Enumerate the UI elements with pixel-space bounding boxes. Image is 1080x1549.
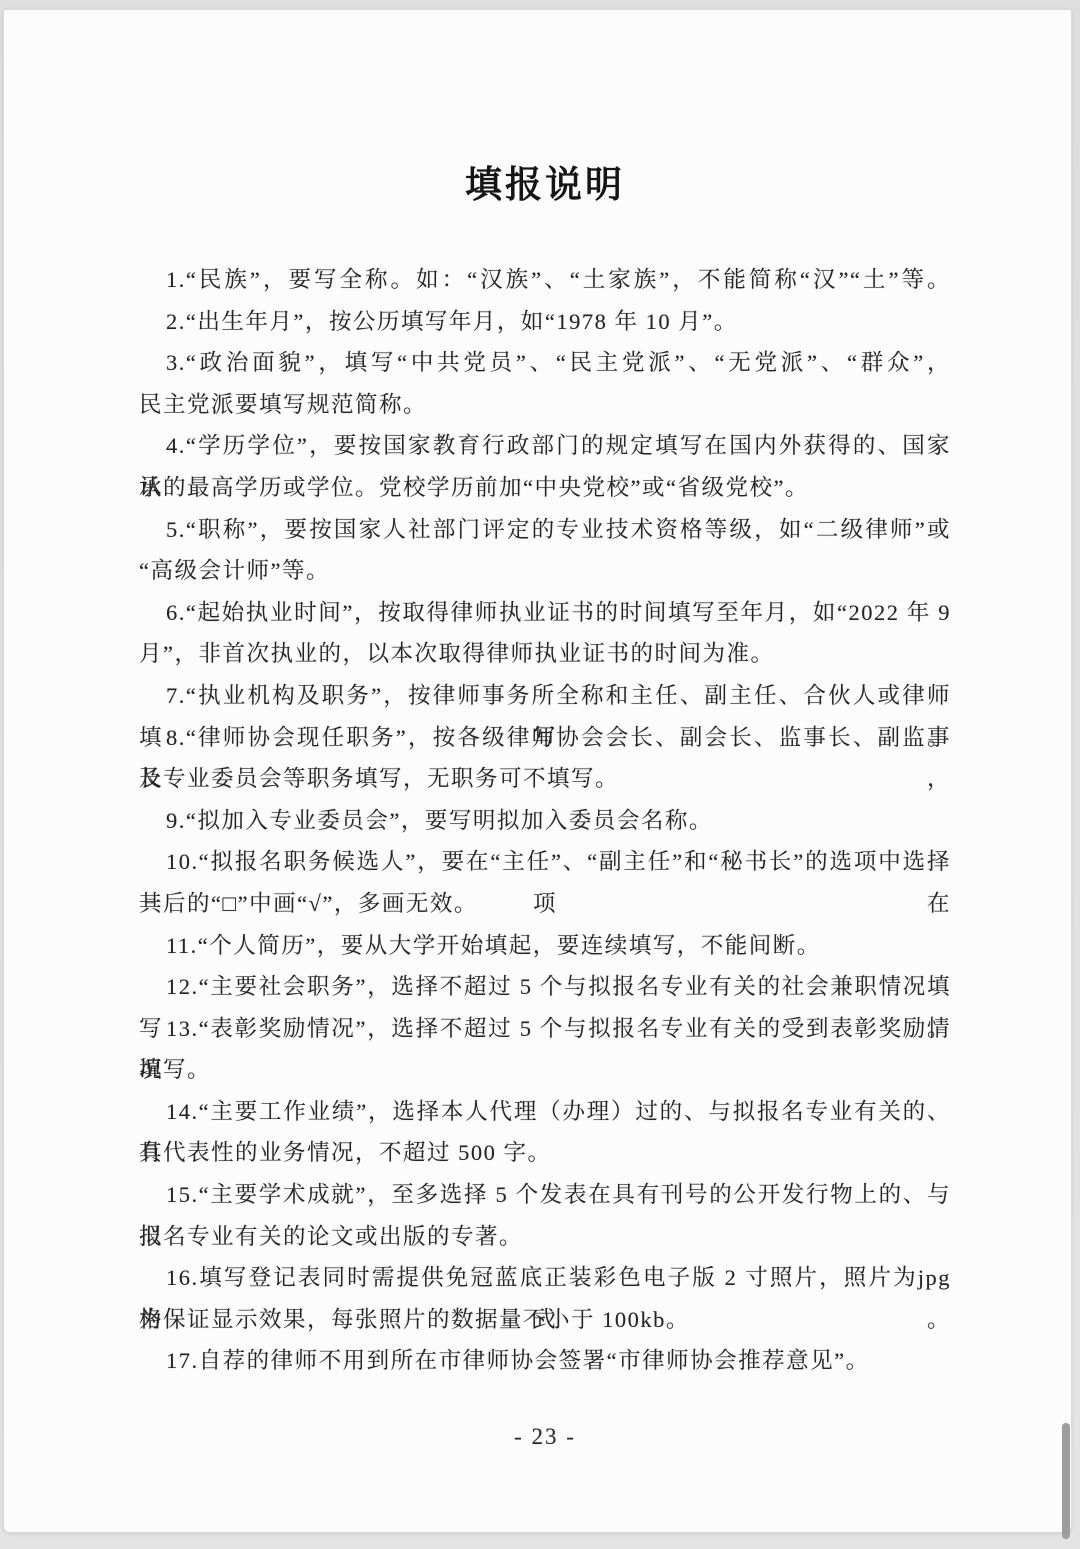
document-body: 1.“民族”，要写全称。如：“汉族”、“土家族”，不能简称“汉”“土”等。2.“… [139, 259, 951, 1382]
document-text-line: 14.“主要工作业绩”，选择本人代理（办理）过的、与拟报名专业有关的、具 [139, 1091, 951, 1133]
document-text-line: 民主党派要填写规范简称。 [139, 384, 951, 426]
document-text-line: 9.“拟加入专业委员会”，要写明拟加入委员会名称。 [139, 800, 951, 842]
document-text-line: 5.“职称”，要按国家人社部门评定的专业技术资格等级，如“二级律师”或 [139, 509, 951, 551]
document-text-line: 4.“学历学位”，要按国家教育行政部门的规定填写在国内外获得的、国家承 [139, 425, 951, 467]
vertical-scrollbar-thumb[interactable] [1062, 1423, 1070, 1539]
document-text-line: 月”，非首次执业的，以本次取得律师执业证书的时间为准。 [139, 633, 951, 675]
document-text-line: 填写。 [139, 1049, 951, 1091]
document-text-line: 16.填写登记表同时需提供免冠蓝底正装彩色电子版 2 寸照片，照片为jpg格式。 [139, 1257, 951, 1299]
document-text-line: 12.“主要社会职务”，选择不超过 5 个与拟报名专业有关的社会兼职情况填写。 [139, 966, 951, 1008]
document-text-line: 10.“拟报名职务候选人”，要在“主任”、“副主任”和“秘书长”的选项中选择一项… [139, 841, 951, 883]
document-page: 填报说明 1.“民族”，要写全称。如：“汉族”、“土家族”，不能简称“汉”“土”… [3, 9, 1072, 1533]
document-text-line: “高级会计师”等。 [139, 550, 951, 592]
document-text-line: 11.“个人简历”，要从大学开始填起，要连续填写，不能间断。 [139, 925, 951, 967]
document-text-line: 7.“执业机构及职务”，按律师事务所全称和主任、副主任、合伙人或律师填写。 [139, 675, 951, 717]
document-text-line: 报名专业有关的论文或出版的专著。 [139, 1216, 951, 1258]
document-text-line: 3.“政治面貌”，填写“中共党员”、“民主党派”、“无党派”、“群众”， [139, 342, 951, 384]
document-text-line: 13.“表彰奖励情况”，选择不超过 5 个与拟报名专业有关的受到表彰奖励情况 [139, 1008, 951, 1050]
document-text-line: 1.“民族”，要写全称。如：“汉族”、“土家族”，不能简称“汉”“土”等。 [139, 259, 951, 301]
page-number: - 23 - [139, 1422, 951, 1452]
document-text-line: 有代表性的业务情况，不超过 500 字。 [139, 1132, 951, 1174]
document-text-line: 6.“起始执业时间”，按取得律师执业证书的时间填写至年月，如“2022 年 9 [139, 592, 951, 634]
document-viewer: 填报说明 1.“民族”，要写全称。如：“汉族”、“土家族”，不能简称“汉”“土”… [0, 0, 1080, 1549]
document-text-line: 15.“主要学术成就”，至多选择 5 个发表在具有刊号的公开发行物上的、与拟 [139, 1174, 951, 1216]
document-text-line: 17.自荐的律师不用到所在市律师协会签署“市律师协会推荐意见”。 [139, 1340, 951, 1382]
document-text-line: 8.“律师协会现任职务”，按各级律师协会会长、副会长、监事长、副监事长， [139, 717, 951, 759]
document-text-line: 2.“出生年月”，按公历填写年月，如“1978 年 10 月”。 [139, 301, 951, 343]
document-title: 填报说明 [139, 162, 951, 208]
document-text-line: 认的最高学历或学位。党校学历前加“中央党校”或“省级党校”。 [139, 467, 951, 509]
